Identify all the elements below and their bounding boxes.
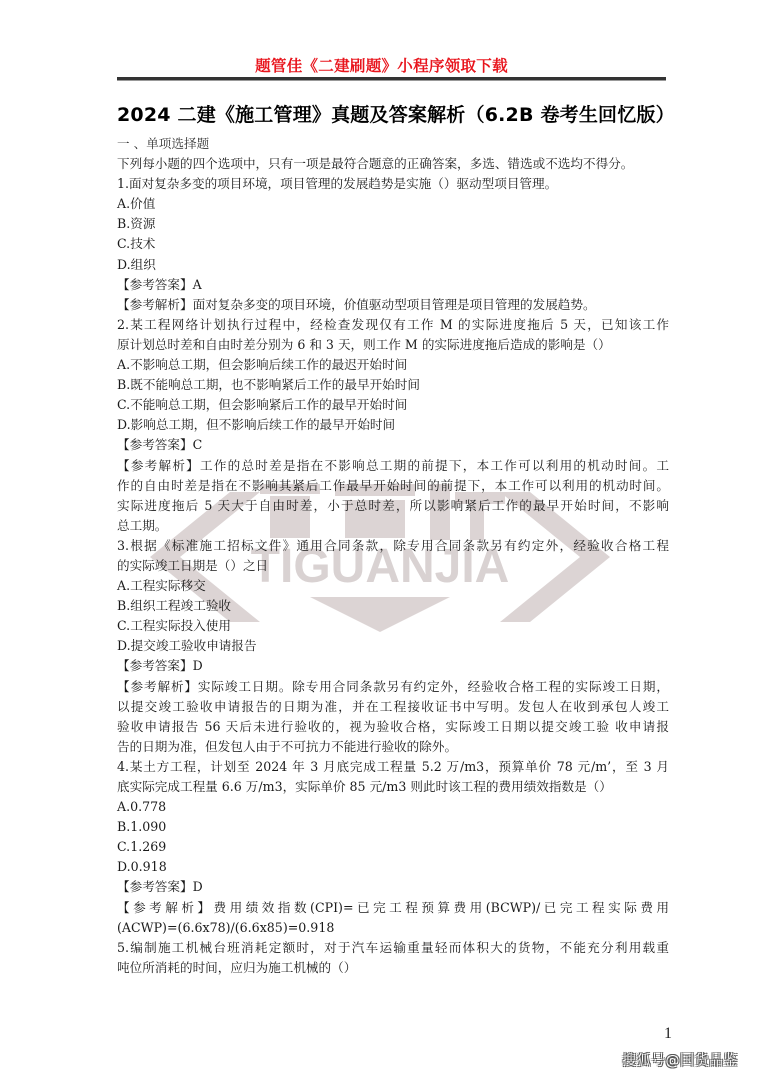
section-heading: 一 、单项选择题 xyxy=(117,134,669,154)
document-line: A.工程实际移交 xyxy=(117,576,669,596)
document-line: 3.根据《标准施工招标文件》通用合同条款，除专用合同条款另有约定外，经验收合格工… xyxy=(117,536,669,556)
document-title: 2024 二建《施工管理》真题及答案解析（6.2B 卷考生回忆版） xyxy=(117,100,675,127)
document-body: 一 、单项选择题 下列每小题的四个选项中，只有一项是最符合题意的正确答案，多选、… xyxy=(117,134,669,978)
document-line: C.技术 xyxy=(117,234,669,254)
document-line: 验收申请报告 56 天后未进行验收的，视为验收合格，实际竣工日期以提交竣工验 收… xyxy=(117,717,669,737)
document-line: 【参考解析】工作的总时差是指在不影响总工期的前提下，本工作可以利用的机动时间。工 xyxy=(117,456,669,476)
document-line: 【参考答案】A xyxy=(117,275,669,295)
document-line: A.0.778 xyxy=(117,797,669,817)
document-line: 5.编制施工机械台班消耗定额时，对于汽车运输重量轻而体积大的货物，不能充分利用载… xyxy=(117,938,669,958)
document-line: 【参考答案】D xyxy=(117,656,669,676)
header-banner: 题管佳《二建刷题》小程序领取下载 xyxy=(0,54,763,76)
document-line: B.资源 xyxy=(117,214,669,234)
document-line: D.提交竣工验收申请报告 xyxy=(117,636,669,656)
document-line: 【参考答案】C xyxy=(117,435,669,455)
document-line: 【参考解析】费用绩效指数(CPI)=已完工程预算费用(BCWP)/已完工程实际费… xyxy=(117,898,669,918)
document-line: 2.某工程网络计划执行过程中，经检查发现仅有工作 M 的实际进度拖后 5 天，已… xyxy=(117,315,669,335)
document-line: 的实际竣工日期是（）之日 xyxy=(117,556,669,576)
document-line: D.0.918 xyxy=(117,857,669,877)
document-line: C.不能响总工期，但会影响紧后工作的最早开始时间 xyxy=(117,395,669,415)
source-credit: 搜狐号@国货品鉴 xyxy=(622,1050,738,1070)
document-line: 实际进度拖后 5 天大于自由时差，小于总时差，所以影响紧后工作的最早开始时间，不… xyxy=(117,496,669,516)
document-line: 【参考解析】面对复杂多变的项目环境，价值驱动型项目管理是项目管理的发展趋势。 xyxy=(117,295,669,315)
document-line: D.影响总工期，但不影响后续工作的最早开始时间 xyxy=(117,415,669,435)
question-list: 1.面对复杂多变的项目环境，项目管理的发展趋势是实施（）驱动型项目管理。A.价值… xyxy=(117,174,669,978)
document-line: 4.某土方工程，计划至 2024 年 3 月底完成工程量 5.2 万/m3，预算… xyxy=(117,757,669,777)
document-line: 总工期。 xyxy=(117,516,669,536)
document-line: C.1.269 xyxy=(117,837,669,857)
document-line: 作的自由时差是指在不影响其紧后工作最早开始时间的前提下，本工作可以利用的机动时间… xyxy=(117,476,669,496)
document-line: 以提交竣工验收申请报告的日期为准，并在工程接收证书中写明。发包人在收到承包人竣工 xyxy=(117,697,669,717)
instructions: 下列每小题的四个选项中，只有一项是最符合题意的正确答案，多选、错选或不选均不得分… xyxy=(117,154,669,174)
document-line: D.组织 xyxy=(117,255,669,275)
document-line: 【参考解析】实际竣工日期。除专用合同条款另有约定外，经验收合格工程的实际竣工日期… xyxy=(117,677,669,697)
document-line: 原计划总时差和自由时差分别为 6 和 3 天，则工作 M 的实际进度拖后造成的影… xyxy=(117,335,669,355)
document-line: 【参考答案】D xyxy=(117,877,669,897)
document-line: (ACWP)=(6.6x78)/(6.6x85)=0.918 xyxy=(117,918,669,938)
document-line: 吨位所消耗的时间，应归为施工机械的（） xyxy=(117,958,669,978)
document-line: 1.面对复杂多变的项目环境，项目管理的发展趋势是实施（）驱动型项目管理。 xyxy=(117,174,669,194)
document-line: 底实际完成工程量 6.6 万/m3，实际单价 85 元/m3 则此时该工程的费用… xyxy=(117,777,669,797)
document-line: B.1.090 xyxy=(117,817,669,837)
document-line: B.组织工程竣工验收 xyxy=(117,596,669,616)
document-line: A.价值 xyxy=(117,194,669,214)
document-page: 题管佳《二建刷题》小程序领取下载 2024 二建《施工管理》真题及答案解析（6.… xyxy=(0,0,763,1080)
document-line: B.既不能响总工期，也不影响紧后工作的最早开始时间 xyxy=(117,375,669,395)
document-line: C.工程实际投入使用 xyxy=(117,616,669,636)
page-number: 1 xyxy=(664,1025,672,1043)
header-divider xyxy=(117,77,666,81)
document-line: 告的日期为准，但发包人由于不可抗力不能进行验收的除外。 xyxy=(117,737,669,757)
document-line: A.不影响总工期，但会影响后续工作的最迟开始时间 xyxy=(117,355,669,375)
